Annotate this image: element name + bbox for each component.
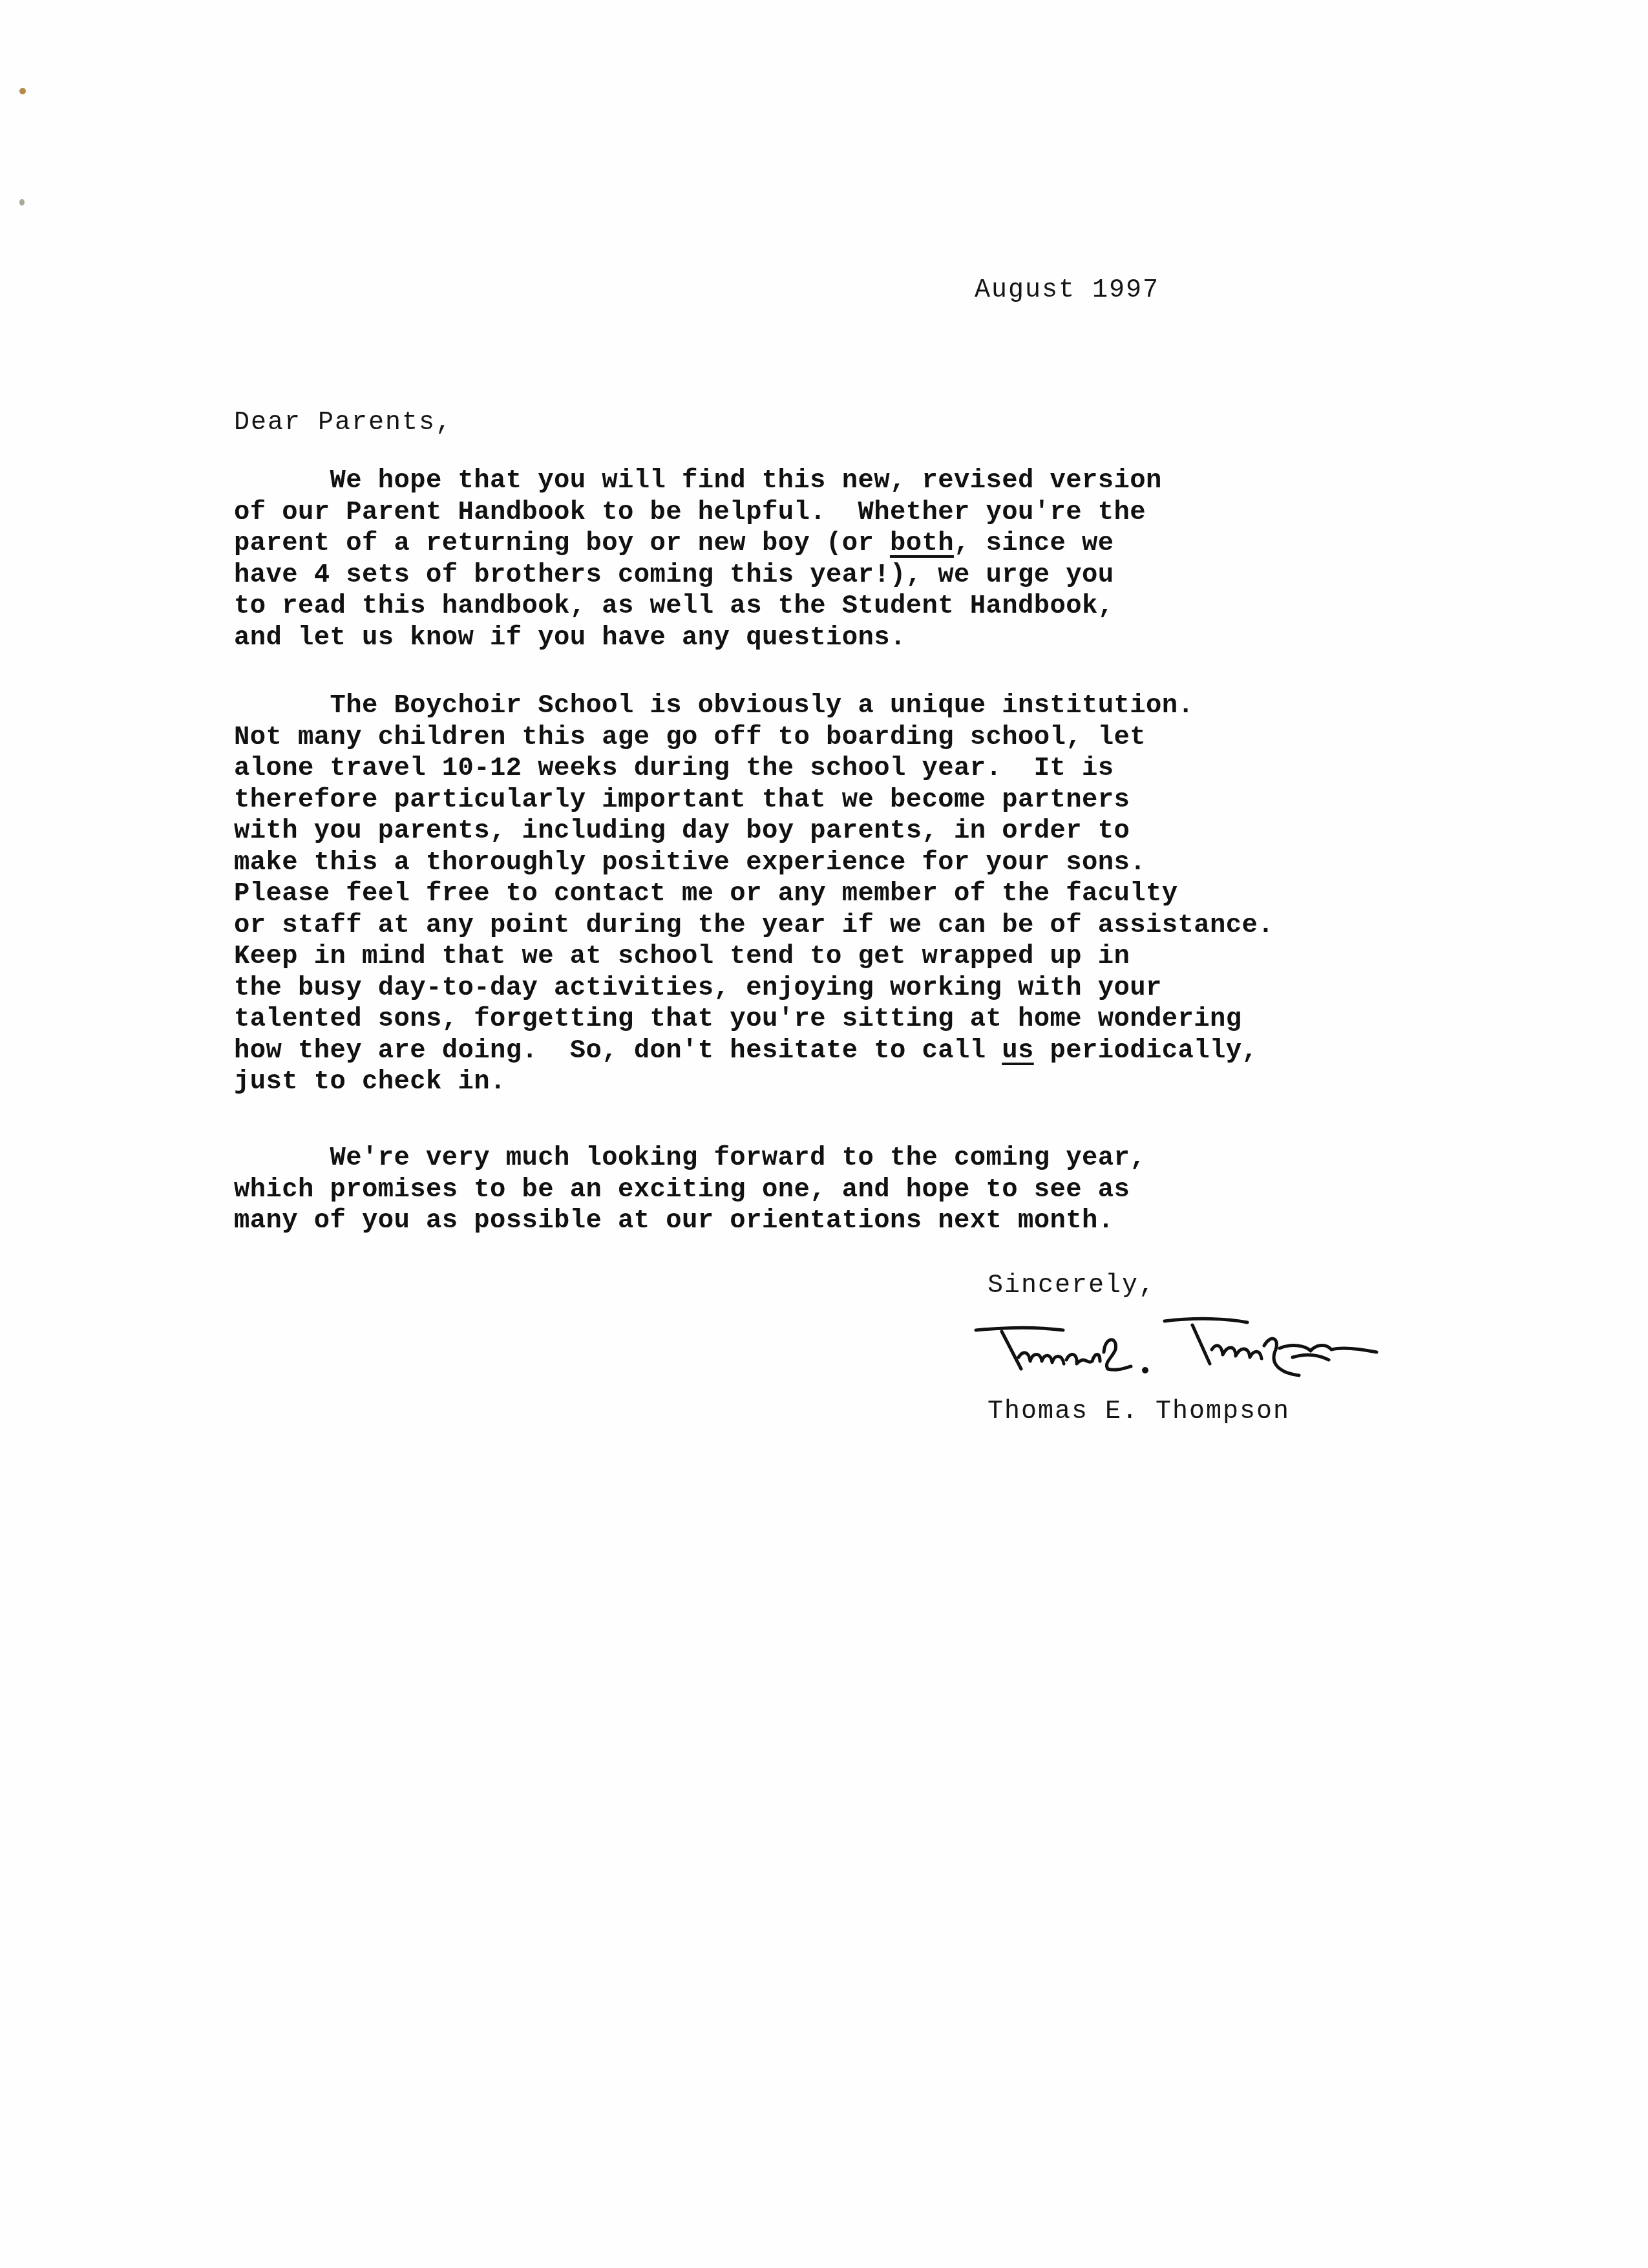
signer-name: Thomas E. Thompson xyxy=(988,1396,1290,1428)
letter-date: August 1997 xyxy=(975,275,1159,307)
text-line: how they are doing. So, don't hesitate t… xyxy=(234,1035,1274,1067)
text-line: parent of a returning boy or new boy (or… xyxy=(234,528,1162,560)
signature-icon xyxy=(956,1312,1422,1383)
letter-page: August 1997 Dear Parents, We hope that y… xyxy=(0,0,1648,2268)
text-line: of our Parent Handbook to be helpful. Wh… xyxy=(234,497,1162,529)
text-line: make this a thoroughly positive experien… xyxy=(234,847,1274,879)
text-line: We hope that you will find this new, rev… xyxy=(234,465,1162,497)
text-segment: parent of a returning boy or new boy (or xyxy=(234,529,890,558)
text-line: Please feel free to contact me or any me… xyxy=(234,878,1274,910)
text-line: Not many children this age go off to boa… xyxy=(234,722,1274,754)
text-line: and let us know if you have any question… xyxy=(234,622,1162,654)
text-line: Keep in mind that we at school tend to g… xyxy=(234,941,1274,973)
text-line: or staff at any point during the year if… xyxy=(234,910,1274,942)
paragraph-1: We hope that you will find this new, rev… xyxy=(234,465,1171,653)
letter-closing: Sincerely, xyxy=(988,1270,1156,1302)
text-segment: periodically, xyxy=(1034,1036,1258,1066)
letter-greeting: Dear Parents, xyxy=(234,407,452,440)
paper-spot xyxy=(19,199,25,206)
text-line: just to check in. xyxy=(234,1066,1274,1098)
text-line: many of you as possible at our orientati… xyxy=(234,1205,1146,1237)
text-segment: how they are doing. So, don't hesitate t… xyxy=(234,1036,1002,1066)
text-line: have 4 sets of brothers coming this year… xyxy=(234,560,1162,591)
paper-spot xyxy=(19,88,26,94)
text-line: to read this handbook, as well as the St… xyxy=(234,591,1162,622)
paragraph-3: We're very much looking forward to the c… xyxy=(234,1143,1155,1237)
text-line: the busy day-to-day activities, enjoying… xyxy=(234,973,1274,1004)
text-segment: , since we xyxy=(954,529,1114,558)
underlined-word: us xyxy=(1002,1036,1034,1066)
text-line: talented sons, forgetting that you're si… xyxy=(234,1004,1274,1035)
paragraph-2: The Boychoir School is obviously a uniqu… xyxy=(234,690,1284,1098)
text-line: with you parents, including day boy pare… xyxy=(234,816,1274,847)
underlined-word: both xyxy=(890,529,954,558)
text-line: We're very much looking forward to the c… xyxy=(234,1143,1146,1174)
text-line: The Boychoir School is obviously a uniqu… xyxy=(234,690,1274,722)
text-line: which promises to be an exciting one, an… xyxy=(234,1174,1146,1206)
text-line: therefore particularly important that we… xyxy=(234,785,1274,816)
text-line: alone travel 10-12 weeks during the scho… xyxy=(234,753,1274,785)
